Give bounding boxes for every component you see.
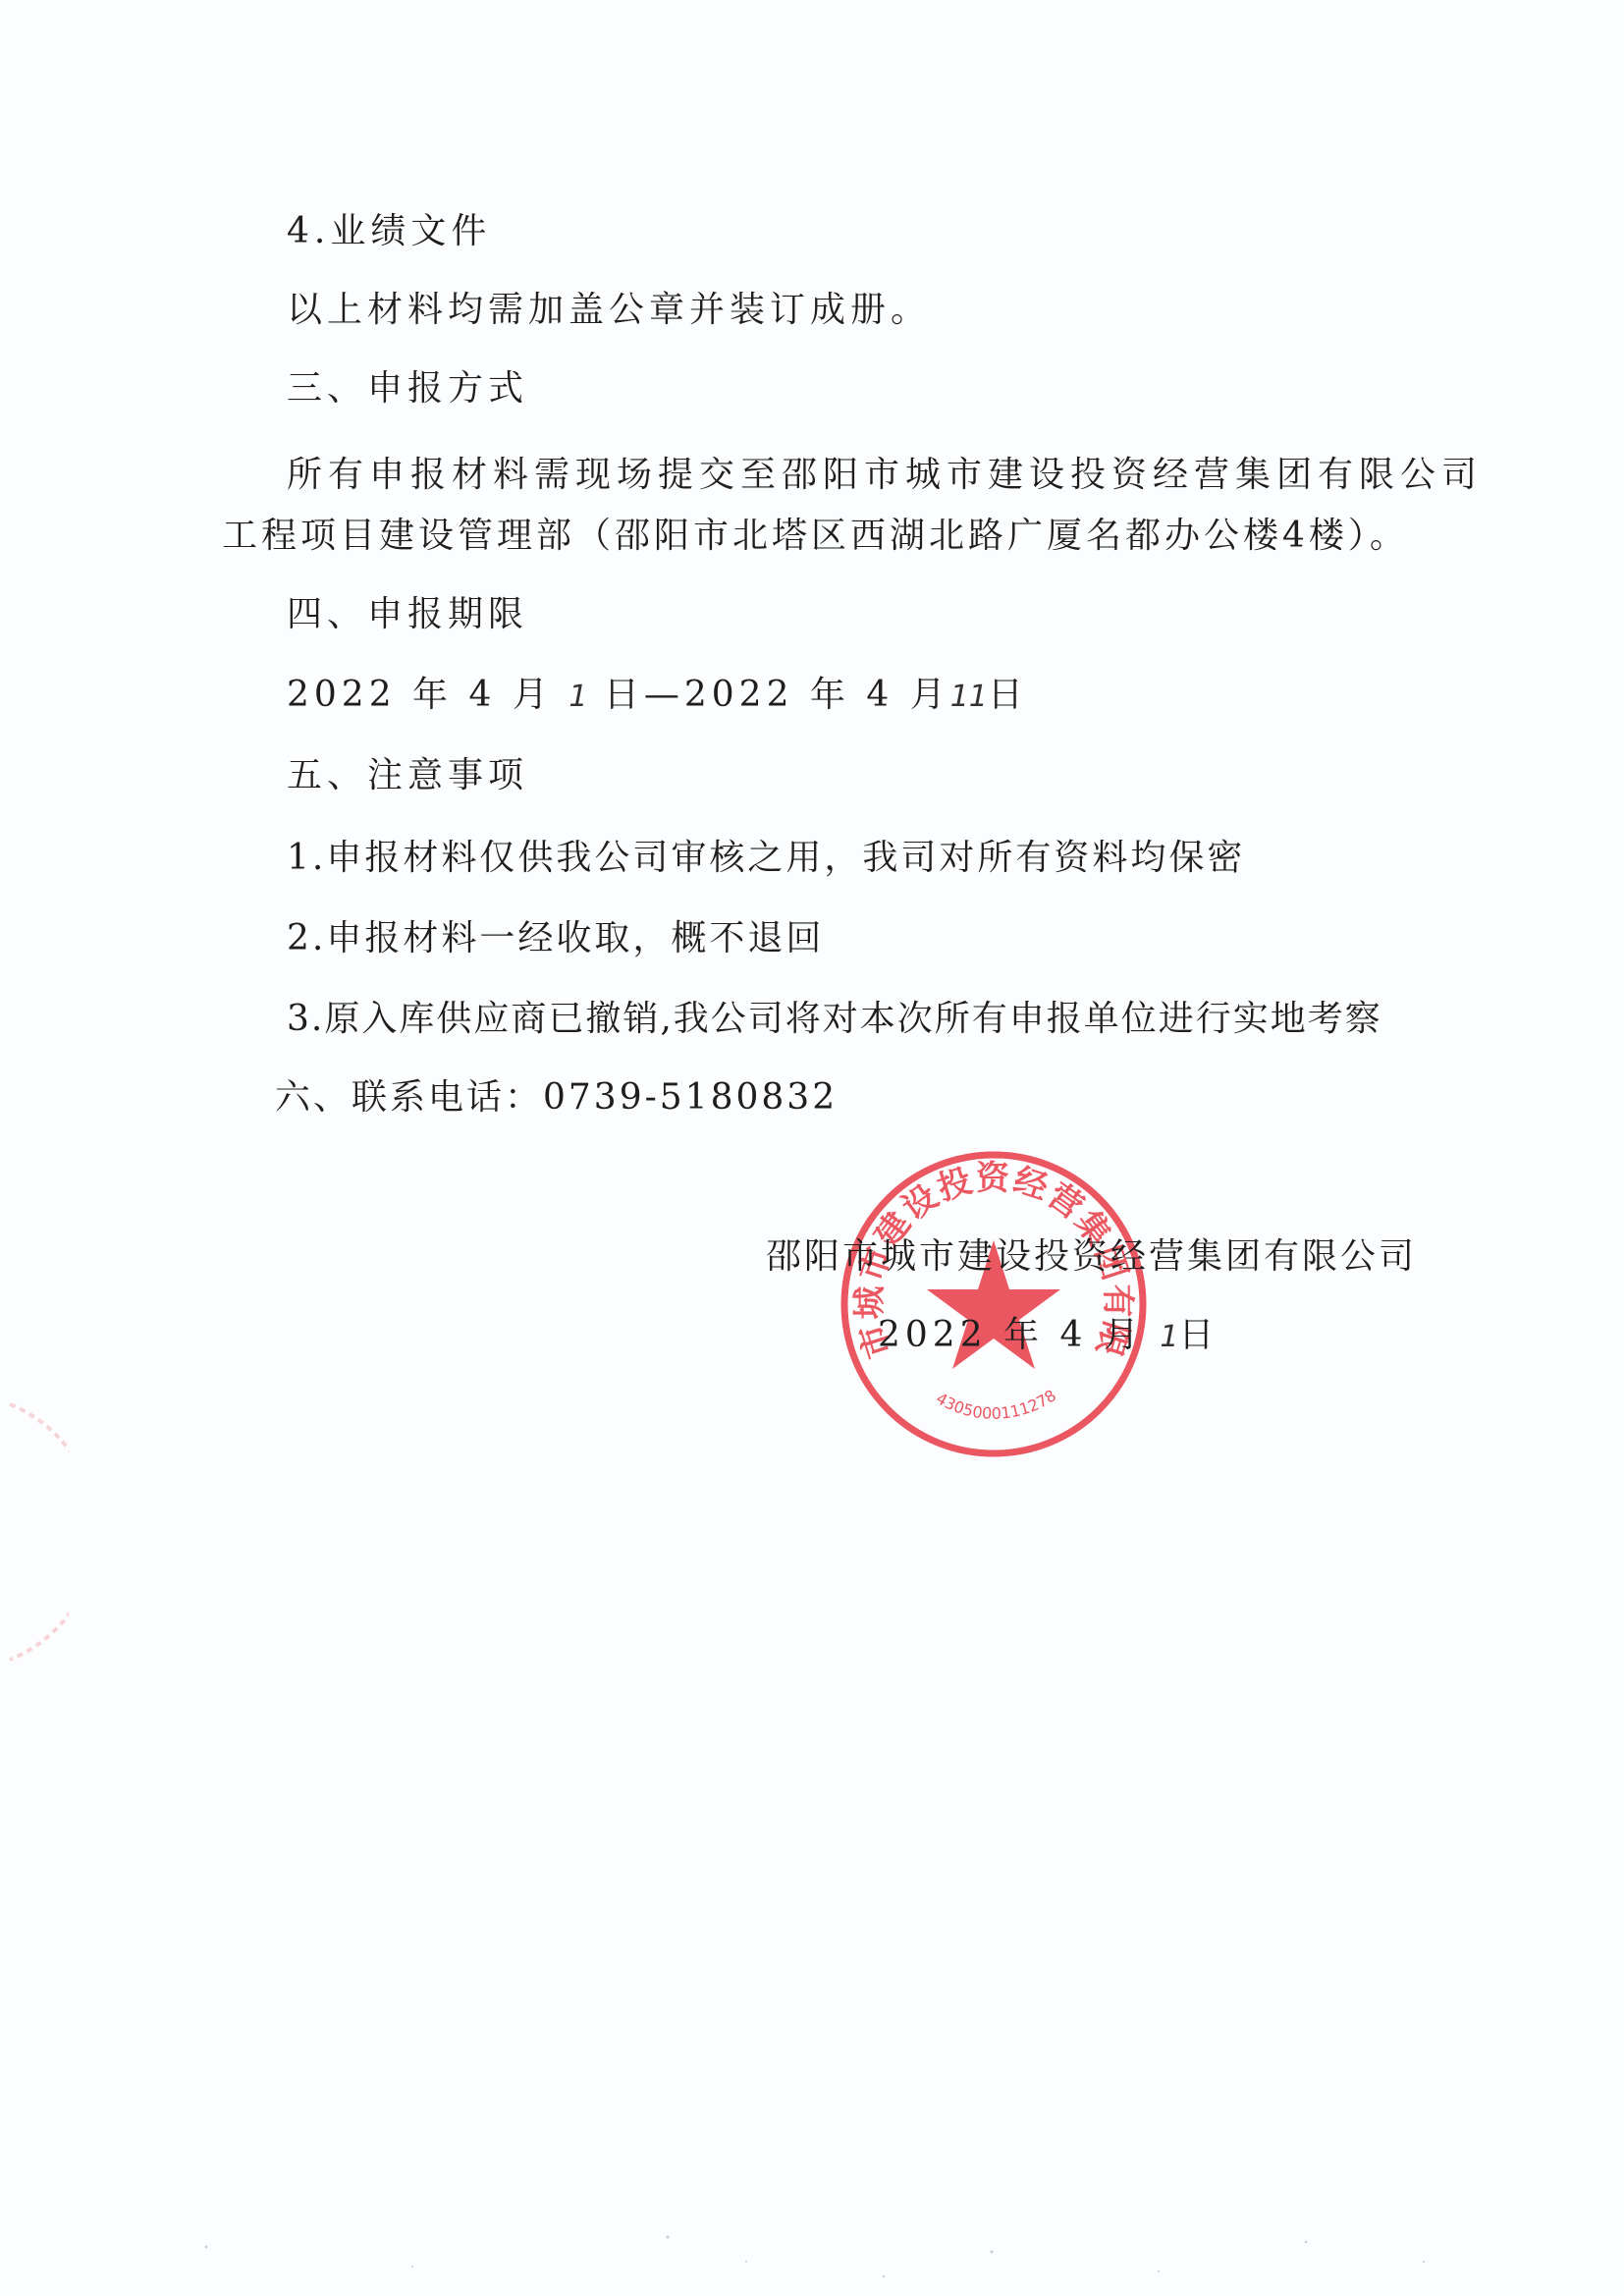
- section-heading-5: 五、注意事项: [287, 758, 528, 793]
- svg-text:4305000111278: 4305000111278: [933, 1386, 1059, 1423]
- note-3: 3.原入库供应商已撤销,我公司将对本次所有申报单位进行实地考察: [287, 1002, 1382, 1037]
- section-heading-3: 三、申报方式: [287, 371, 528, 407]
- note-1: 1.申报材料仅供我公司审核之用，我司对所有资料均保密: [287, 841, 1245, 876]
- scan-noise: [0, 2217, 1624, 2296]
- signature-date: 2022 年 4 月 1日: [878, 1318, 1218, 1353]
- section-heading-4: 四、申报期限: [287, 597, 528, 632]
- signature-date-prefix: 2022 年 4 月: [878, 1315, 1144, 1355]
- company-seal-stamp: 邵阳市城市建设投资经营集团有限公司 4305000111278: [837, 1147, 1151, 1461]
- note-2: 2.申报材料一经收取，概不退回: [287, 921, 824, 957]
- period-end-day: 11: [950, 680, 988, 714]
- submission-text-2: 工程项目建设管理部（邵阳市北塔区西湖北路广厦名都办公楼4楼）。: [222, 519, 1409, 554]
- signature-company: 邵阳市城市建设投资经营集团有限公司: [766, 1239, 1417, 1275]
- period-start-prefix: 2022 年 4 月: [287, 675, 553, 715]
- period-suffix: 日: [988, 675, 1028, 715]
- period-start-day: 1: [568, 680, 587, 714]
- signature-date-day: 1: [1160, 1320, 1178, 1354]
- signature-date-suffix: 日: [1178, 1315, 1218, 1355]
- submission-text-1: 所有申报材料需现场提交至邵阳市城市建设投资经营集团有限公司: [287, 458, 1483, 493]
- application-period: 2022 年 4 月 1 日—2022 年 4 月11日: [287, 678, 1028, 713]
- item-4: 4.业绩文件: [287, 214, 491, 249]
- seal-note: 以上材料均需加盖公章并装订成册。: [287, 293, 931, 328]
- section-heading-6-contact: 六、联系电话：0739-5180832: [275, 1080, 838, 1116]
- period-separator: 日—2022 年 4 月: [604, 675, 950, 715]
- seam-stamp-fragment: [0, 1394, 69, 1669]
